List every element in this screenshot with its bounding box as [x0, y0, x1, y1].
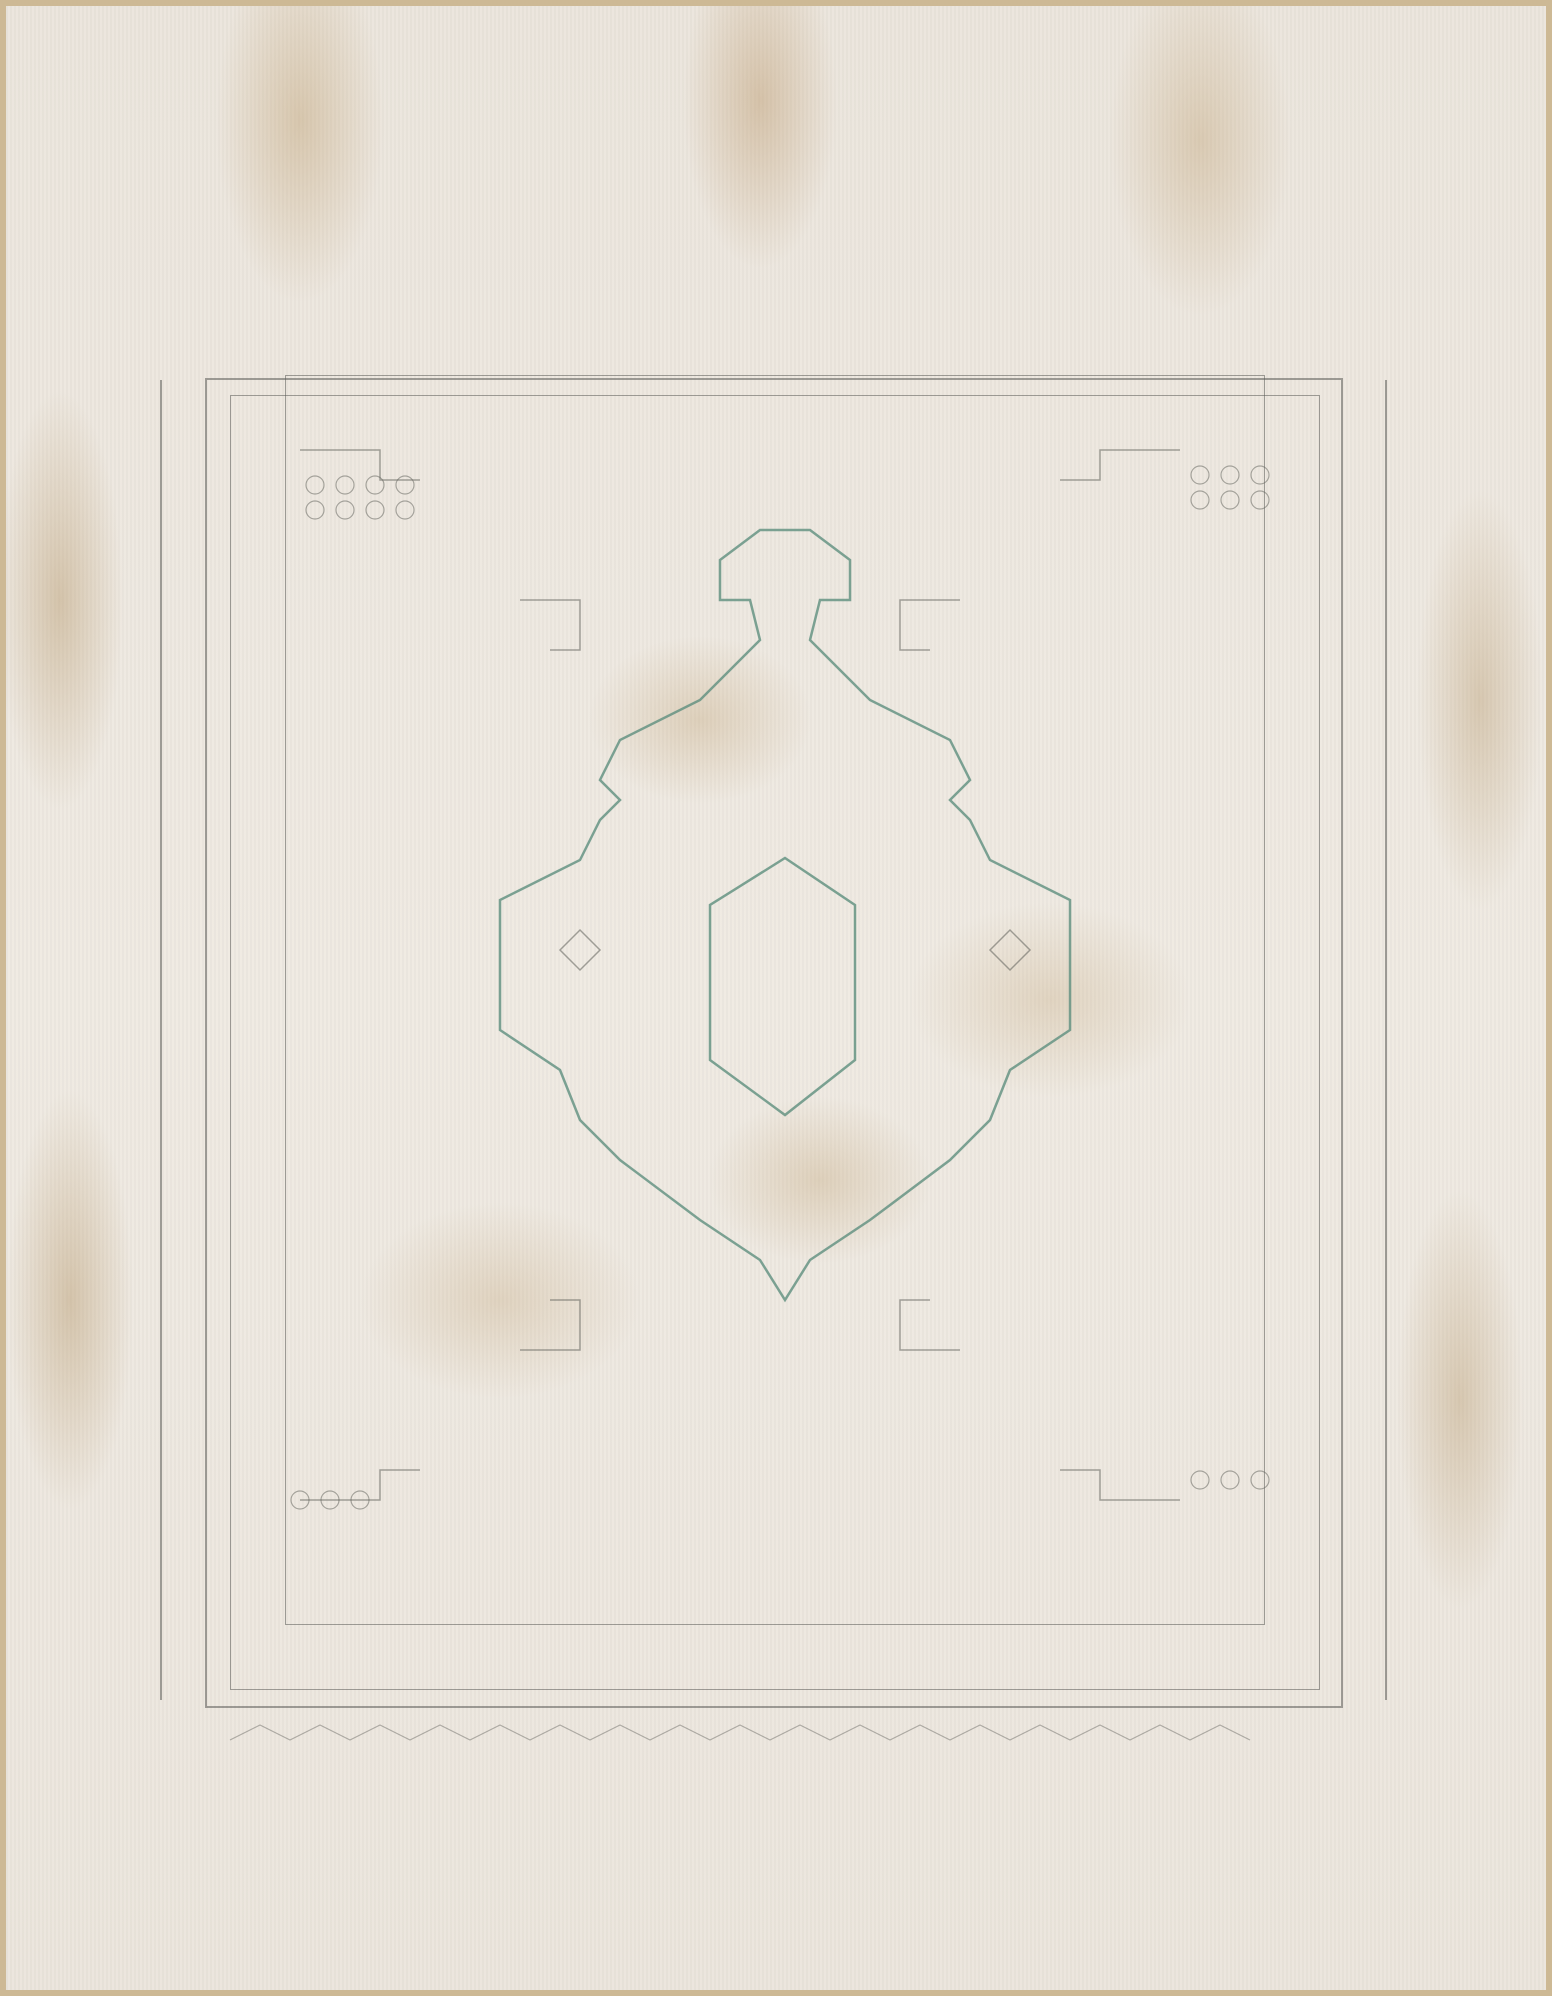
rosette-rows	[291, 466, 1269, 1509]
central-medallion	[710, 858, 855, 1115]
rug-photo	[0, 0, 1552, 1996]
rug-pattern	[0, 0, 1552, 1996]
zigzag-border	[230, 1725, 1250, 1740]
